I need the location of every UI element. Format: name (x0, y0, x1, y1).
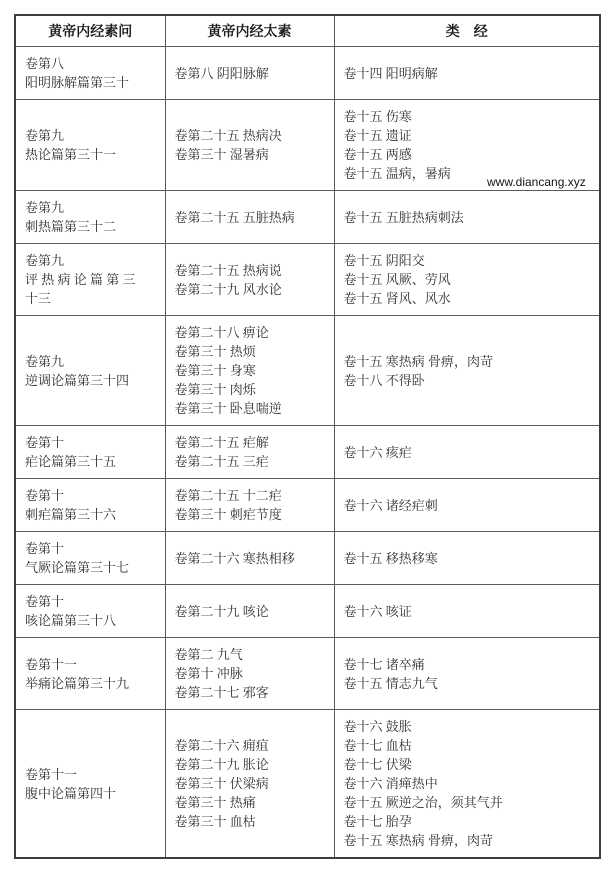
table-cell-taisu: 卷第二十九 咳论 (165, 585, 334, 638)
cell-line: 卷第三十 血枯 (175, 812, 326, 831)
cell-line: 卷第八 阴阳脉解 (175, 64, 326, 83)
cell-line: 卷第三十 伏梁病 (175, 774, 326, 793)
cell-line: 卷十五 阴阳交 (344, 251, 592, 270)
cell-line: 卷第二十九 风水论 (175, 280, 326, 299)
cell-line: 卷第二十九 咳论 (175, 602, 326, 621)
table-row: 卷第九评 热 病 论 篇 第 三十三卷第二十五 热病说卷第二十九 风水论卷十五 … (15, 244, 600, 316)
cell-line: 十三 (25, 289, 157, 308)
table-cell-suwen: 卷第九热论篇第三十一 (15, 100, 165, 191)
cell-line: 卷十六 咳证 (344, 602, 592, 621)
cell-line: 卷第二十七 邪客 (175, 683, 326, 702)
table-row: 卷第十一腹中论篇第四十卷第二十六 痈疽卷第二十九 胀论卷第三十 伏梁病卷第三十 … (15, 710, 600, 859)
table-cell-suwen: 卷第十刺疟篇第三十六 (15, 479, 165, 532)
cell-line: 腹中论篇第四十 (25, 784, 157, 803)
column-header-taisu: 黄帝内经太素 (165, 15, 334, 47)
table-cell-taisu: 卷第八 阴阳脉解 (165, 47, 334, 100)
cell-line: 卷第三十 热烦 (175, 342, 326, 361)
cell-line: 卷十五 移热移寒 (344, 549, 592, 568)
watermark-url: www.diancang.xyz (487, 175, 586, 189)
cell-line: 卷第十 (25, 592, 157, 611)
table-cell-suwen: 卷第十咳论篇第三十八 (15, 585, 165, 638)
table-cell-leijing: 卷十五 阴阳交卷十五 风厥、劳风卷十五 肾风、风水 (334, 244, 600, 316)
cell-line: 卷第三十 刺疟节度 (175, 505, 326, 524)
table-cell-taisu: 卷第二十五 五脏热病 (165, 191, 334, 244)
cell-line: 卷第九 (25, 198, 157, 217)
table-cell-taisu: 卷第二十五 十二疟卷第三十 刺疟节度 (165, 479, 334, 532)
table-row: 卷第十疟论篇第三十五卷第二十五 疟解卷第二十五 三疟卷十六 痎疟 (15, 426, 600, 479)
cell-line: 卷十五 情志九气 (344, 674, 592, 693)
cell-line: 卷十五 两感 (344, 145, 592, 164)
table-cell-taisu: 卷第二十六 痈疽卷第二十九 胀论卷第三十 伏梁病卷第三十 热痛卷第三十 血枯 (165, 710, 334, 859)
cell-line: 卷第十 (25, 486, 157, 505)
cell-line: 逆调论篇第三十四 (25, 371, 157, 390)
cell-line: 卷十六 鼓胀 (344, 717, 592, 736)
cell-line: 卷第二十六 寒热相移 (175, 549, 326, 568)
table-cell-leijing: 卷十五 五脏热病刺法 (334, 191, 600, 244)
cell-line: 阳明脉解篇第三十 (25, 73, 157, 92)
table-cell-taisu: 卷第二十五 疟解卷第二十五 三疟 (165, 426, 334, 479)
cell-line: 卷第九 (25, 251, 157, 270)
table-row: 卷第九逆调论篇第三十四卷第二十八 痹论卷第三十 热烦卷第三十 身寒卷第三十 肉烁… (15, 316, 600, 426)
cell-line: 卷第二十六 痈疽 (175, 736, 326, 755)
cell-line: 卷十五 遗证 (344, 126, 592, 145)
concordance-table: 黄帝内经素问 黄帝内经太素 类 经 卷第八阳明脉解篇第三十卷第八 阴阳脉解卷十四… (14, 14, 601, 859)
cell-line: 卷十七 血枯 (344, 736, 592, 755)
cell-line: 卷十五 寒热病 骨痹，肉苛 (344, 831, 592, 850)
cell-line: 卷十六 诸经疟刺 (344, 496, 592, 515)
cell-line: 卷十四 阳明病解 (344, 64, 592, 83)
column-header-leijing: 类 经 (334, 15, 600, 47)
cell-line: 卷第二十五 疟解 (175, 433, 326, 452)
cell-line: 卷十五 风厥、劳风 (344, 270, 592, 289)
cell-line: 卷十五 厥逆之治，须其气并 (344, 793, 592, 812)
cell-line: 卷十五 伤寒 (344, 107, 592, 126)
table-header-row: 黄帝内经素问 黄帝内经太素 类 经 (15, 15, 600, 47)
table-cell-taisu: 卷第二十八 痹论卷第三十 热烦卷第三十 身寒卷第三十 肉烁卷第三十 卧息喘逆 (165, 316, 334, 426)
table-cell-suwen: 卷第十一举痛论篇第三十九 (15, 638, 165, 710)
table-body: 卷第八阳明脉解篇第三十卷第八 阴阳脉解卷十四 阳明病解卷第九热论篇第三十一卷第二… (15, 47, 600, 859)
cell-line: 卷十七 伏梁 (344, 755, 592, 774)
cell-line: 卷十五 寒热病 骨痹，肉苛 (344, 352, 592, 371)
cell-line: 卷十六 痎疟 (344, 443, 592, 462)
table-cell-leijing: 卷十六 鼓胀卷十七 血枯卷十七 伏梁卷十六 消瘅热中卷十五 厥逆之治，须其气并卷… (334, 710, 600, 859)
table-row: 卷第九刺热篇第三十二卷第二十五 五脏热病卷十五 五脏热病刺法 (15, 191, 600, 244)
cell-line: 刺热篇第三十二 (25, 217, 157, 236)
cell-line: 卷十六 消瘅热中 (344, 774, 592, 793)
cell-line: 卷十五 肾风、风水 (344, 289, 592, 308)
cell-line: 卷第三十 湿暑病 (175, 145, 326, 164)
table-row: 卷第十气厥论篇第三十七卷第二十六 寒热相移卷十五 移热移寒 (15, 532, 600, 585)
cell-line: 卷第二十五 十二疟 (175, 486, 326, 505)
table-row: 卷第十刺疟篇第三十六卷第二十五 十二疟卷第三十 刺疟节度卷十六 诸经疟刺 (15, 479, 600, 532)
table-row: 卷第十一举痛论篇第三十九卷第二 九气卷第十 冲脉卷第二十七 邪客卷十七 诸卒痛卷… (15, 638, 600, 710)
cell-line: 卷第九 (25, 126, 157, 145)
cell-line: 卷第二十八 痹论 (175, 323, 326, 342)
cell-line: 卷第二十五 热病决 (175, 126, 326, 145)
cell-line: 热论篇第三十一 (25, 145, 157, 164)
cell-line: 卷十八 不得卧 (344, 371, 592, 390)
cell-line: 卷第二十五 热病说 (175, 261, 326, 280)
cell-line: 卷第十 (25, 539, 157, 558)
cell-line: 气厥论篇第三十七 (25, 558, 157, 577)
table-cell-taisu: 卷第二十五 热病说卷第二十九 风水论 (165, 244, 334, 316)
cell-line: 卷第十 冲脉 (175, 664, 326, 683)
table-cell-taisu: 卷第二十六 寒热相移 (165, 532, 334, 585)
table-cell-leijing: 卷十六 咳证 (334, 585, 600, 638)
table-cell-taisu: 卷第二 九气卷第十 冲脉卷第二十七 邪客 (165, 638, 334, 710)
table-cell-leijing: 卷十四 阳明病解 (334, 47, 600, 100)
table-cell-suwen: 卷第九评 热 病 论 篇 第 三十三 (15, 244, 165, 316)
cell-line: 卷十五 五脏热病刺法 (344, 208, 592, 227)
cell-line: 卷十七 诸卒痛 (344, 655, 592, 674)
cell-line: 卷第二十五 三疟 (175, 452, 326, 471)
cell-line: 卷第三十 肉烁 (175, 380, 326, 399)
cell-line: 卷第二十九 胀论 (175, 755, 326, 774)
cell-line: 咳论篇第三十八 (25, 611, 157, 630)
table-cell-leijing: 卷十五 寒热病 骨痹，肉苛卷十八 不得卧 (334, 316, 600, 426)
cell-line: 卷第十一 (25, 655, 157, 674)
cell-line: 卷第三十 身寒 (175, 361, 326, 380)
table-cell-suwen: 卷第八阳明脉解篇第三十 (15, 47, 165, 100)
table-row: 卷第十咳论篇第三十八卷第二十九 咳论卷十六 咳证 (15, 585, 600, 638)
cell-line: 卷十七 胎孕 (344, 812, 592, 831)
cell-line: 卷第三十 卧息喘逆 (175, 399, 326, 418)
table-cell-suwen: 卷第十一腹中论篇第四十 (15, 710, 165, 859)
cell-line: 疟论篇第三十五 (25, 452, 157, 471)
cell-line: 卷第九 (25, 352, 157, 371)
table-cell-leijing: 卷十五 移热移寒 (334, 532, 600, 585)
cell-line: 卷第十 (25, 433, 157, 452)
cell-line: 刺疟篇第三十六 (25, 505, 157, 524)
table-cell-suwen: 卷第十疟论篇第三十五 (15, 426, 165, 479)
cell-line: 卷第三十 热痛 (175, 793, 326, 812)
column-header-suwen: 黄帝内经素问 (15, 15, 165, 47)
cell-line: 评 热 病 论 篇 第 三 (25, 270, 157, 289)
table-cell-taisu: 卷第二十五 热病决卷第三十 湿暑病 (165, 100, 334, 191)
cell-line: 卷第十一 (25, 765, 157, 784)
table-cell-suwen: 卷第十气厥论篇第三十七 (15, 532, 165, 585)
cell-line: 卷第八 (25, 54, 157, 73)
table-row: 卷第八阳明脉解篇第三十卷第八 阴阳脉解卷十四 阳明病解 (15, 47, 600, 100)
cell-line: 卷第二 九气 (175, 645, 326, 664)
cell-line: 卷第二十五 五脏热病 (175, 208, 326, 227)
table-cell-leijing: 卷十六 诸经疟刺 (334, 479, 600, 532)
table-cell-suwen: 卷第九刺热篇第三十二 (15, 191, 165, 244)
scanned-document-page: 黄帝内经素问 黄帝内经太素 类 经 卷第八阳明脉解篇第三十卷第八 阴阳脉解卷十四… (0, 0, 613, 875)
cell-line: 举痛论篇第三十九 (25, 674, 157, 693)
table-cell-leijing: 卷十七 诸卒痛卷十五 情志九气 (334, 638, 600, 710)
table-cell-suwen: 卷第九逆调论篇第三十四 (15, 316, 165, 426)
table-cell-leijing: 卷十六 痎疟 (334, 426, 600, 479)
